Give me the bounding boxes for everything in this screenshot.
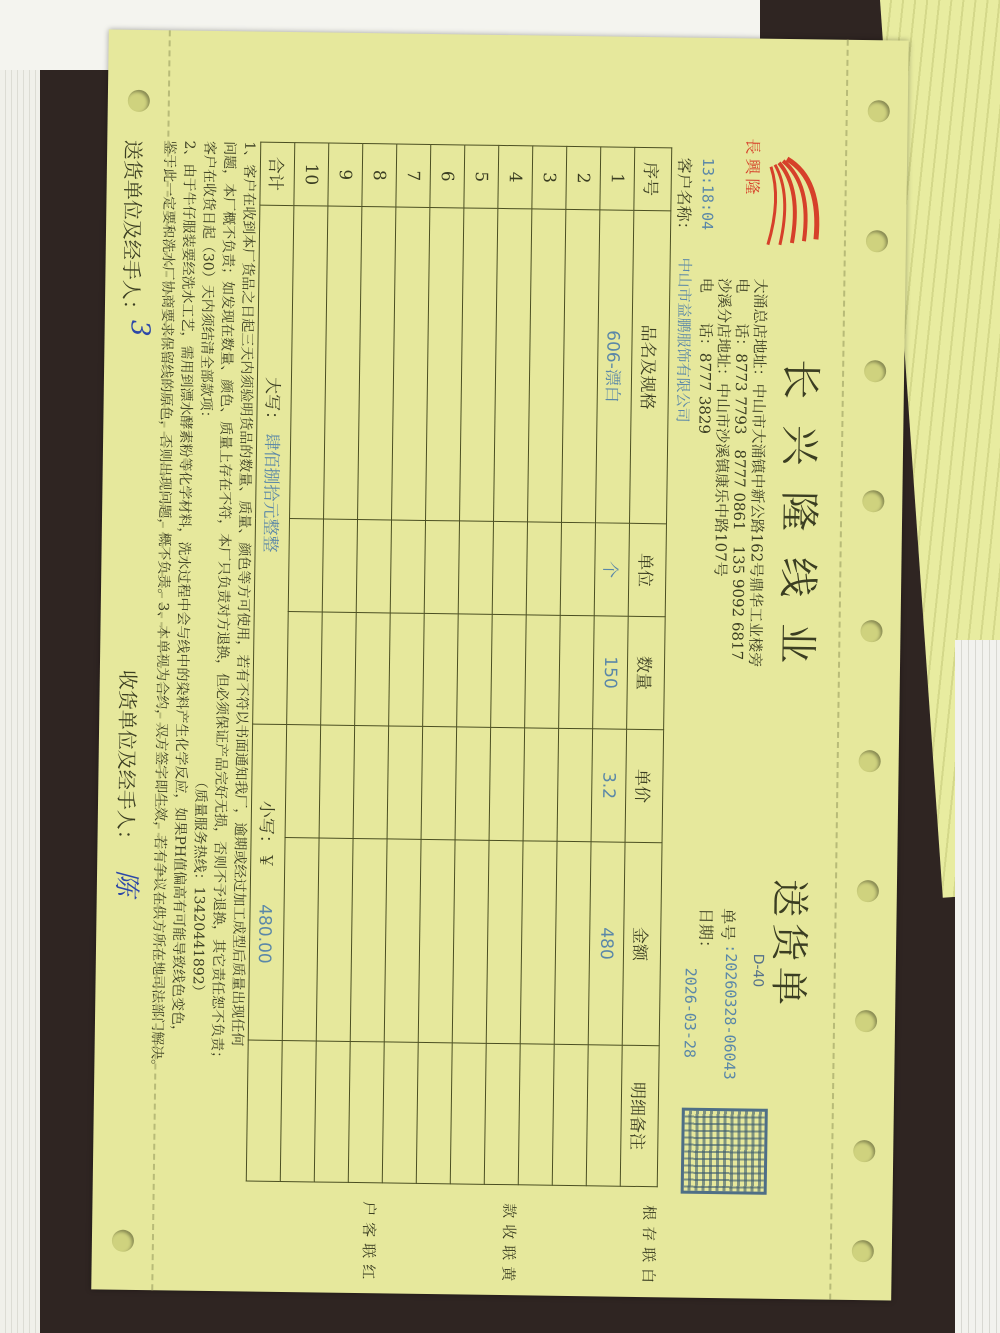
tractor-hole	[112, 1230, 134, 1252]
logo-text: 長興隆	[742, 138, 766, 198]
header-name: 品名及规格	[629, 210, 670, 523]
tractor-hole	[866, 230, 888, 252]
cell-no: 8	[362, 144, 397, 207]
cell-no: 10	[294, 143, 329, 206]
cell-unit: 个	[594, 523, 629, 616]
header-unit: 单位	[628, 523, 666, 617]
tractor-hole	[864, 360, 886, 382]
date-label: 日期：	[695, 908, 719, 956]
header-note: 明细备注	[620, 1045, 659, 1187]
background-paper-stack-left	[0, 0, 40, 1333]
tractor-hole	[868, 100, 890, 122]
copy-red-label: 红联客户	[358, 1198, 377, 1282]
header-qty: 数量	[627, 616, 666, 730]
cell-no: 9	[328, 143, 363, 206]
cell-no: 2	[566, 146, 601, 209]
cell-no: 6	[430, 144, 465, 207]
form-body: 長興隆 长兴隆线业 送货单 大涌总店地址：中山市大涌镇中新公路162号鼎华工业楼…	[162, 110, 837, 1219]
delivery-note: 長興隆 长兴隆线业 送货单 大涌总店地址：中山市大涌镇中新公路162号鼎华工业楼…	[91, 29, 909, 1300]
company-name: 长兴隆线业	[771, 359, 833, 690]
tractor-hole	[852, 1240, 874, 1262]
cell-name: 606-漂白	[595, 210, 633, 523]
branch-phone-line: 电 话：8777 3829	[694, 278, 717, 434]
small-label: 小写：￥	[255, 801, 276, 869]
small-value: 480.00	[254, 904, 275, 964]
cell-no: 3	[532, 146, 567, 209]
date-value: 2026-03-28	[681, 968, 700, 1059]
total-label: 合计	[260, 142, 295, 205]
order-no-label: 单号	[717, 908, 740, 940]
serial-code: D-40	[750, 954, 766, 988]
tractor-hole	[855, 1010, 877, 1032]
header-no: 序号	[634, 147, 672, 211]
tractor-hole	[859, 750, 881, 772]
capital-amount-cell: 大写： 肆佰捌拾元整整	[253, 205, 294, 724]
branch-phone: 8777 3829	[695, 353, 714, 434]
tractor-hole	[857, 880, 879, 902]
tractor-hole	[862, 490, 884, 512]
items-table: 序号 品名及规格 单位 数量 单价 金额 明细备注 1 606-漂白 个 150…	[246, 142, 672, 1188]
capital-label: 大写：	[261, 377, 282, 428]
header-amount: 金额	[622, 842, 662, 1045]
background-paper-stack-bottom-right	[955, 640, 1000, 1333]
print-time: 13:18:04	[698, 158, 717, 230]
cell-qty: 150	[593, 616, 629, 729]
perforation-strip-top	[829, 40, 909, 1301]
capital-value: 肆佰捌拾元整整	[260, 433, 282, 552]
cell-price: 3.2	[591, 729, 627, 842]
cell-note	[586, 1045, 622, 1186]
cell-amount: 480	[588, 842, 625, 1045]
small-amount-cell: 小写：￥ 480.00	[248, 724, 286, 1040]
cell-no: 4	[498, 145, 533, 208]
copy-white-label: 白联存根	[638, 1202, 657, 1286]
branch-phone-label: 电 话：	[696, 278, 715, 353]
customer-name: 中山市益鹏服饰有限公司	[672, 257, 695, 422]
tractor-hole	[860, 620, 882, 642]
customer-label: 客户名称：	[673, 157, 697, 237]
cell-no: 7	[396, 144, 431, 207]
copy-yellow-label: 黄联收款	[498, 1200, 517, 1284]
tractor-hole	[128, 90, 150, 112]
document-type: 送货单	[764, 879, 821, 1012]
header-price: 单价	[625, 729, 664, 843]
qr-code-icon	[681, 1108, 768, 1195]
order-no: :20260328-06043	[720, 944, 740, 1080]
cell-no: 5	[464, 145, 499, 208]
tractor-hole	[853, 1140, 875, 1162]
cell-no: 1	[600, 147, 635, 210]
